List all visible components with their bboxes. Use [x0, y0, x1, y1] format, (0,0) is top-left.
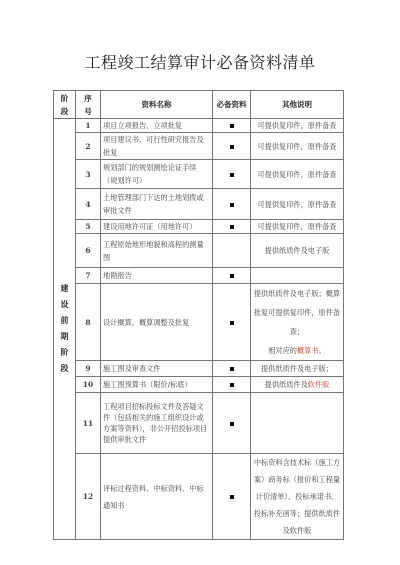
header-stage-char: 段 — [56, 105, 73, 118]
required-square-icon — [230, 203, 234, 207]
row-note: 可提供复印件，原件备查 — [251, 133, 344, 160]
table-row: 4 土地管理部门下达的土地划拨或审批文件 可提供复印件，原件备查 — [54, 189, 344, 220]
header-no-char: 序 — [78, 92, 98, 105]
table-row: 10 施工图预算书（限价/标底） 提供纸质件及软件版 — [54, 377, 344, 393]
required-square-icon — [230, 422, 234, 426]
header-stage: 阶 段 — [54, 91, 76, 119]
row-name: 施工图预算书（限价/标底） — [101, 377, 213, 393]
required-mark — [213, 133, 251, 160]
required-mark — [213, 361, 251, 377]
stage-char: 阶 — [56, 345, 73, 361]
row-note-text: 提供纸质件及电子版；概算批复可提供复印件，原件备查； — [254, 289, 340, 336]
row-name: 设计概算、概算调整及批复 — [101, 284, 213, 361]
row-note: 提供纸质件及电子版；概算批复可提供复印件，原件备查； 相对应的概算书。 — [251, 284, 344, 361]
required-square-icon — [230, 367, 234, 371]
table-row: 5 建设用地许可证（用地许可） 可提供复印件，原件备查 — [54, 220, 344, 234]
row-no: 11 — [76, 393, 101, 454]
stage-char: 建 — [56, 281, 73, 297]
header-no: 序 号 — [76, 91, 101, 119]
header-note: 其他说明 — [251, 91, 344, 119]
document-title: 工程竣工结算审计必备资料清单 — [0, 50, 400, 73]
required-square-icon — [230, 145, 234, 149]
materials-table: 阶 段 序 号 资料名称 必备资料 其他说明 建 设 前 期 阶 段 1 项目立… — [53, 90, 344, 540]
row-no: 1 — [76, 119, 101, 133]
stage-char: 前 — [56, 313, 73, 329]
required-mark — [213, 189, 251, 220]
row-note: 提供纸质件及软件版 — [251, 377, 344, 393]
row-name: 规划部门的规划测绘论证手续（规划许可） — [101, 160, 213, 189]
required-mark — [213, 377, 251, 393]
required-square-icon — [230, 225, 234, 229]
header-no-char: 号 — [78, 105, 98, 118]
row-note — [251, 393, 344, 454]
required-mark — [213, 119, 251, 133]
required-square-icon — [230, 124, 234, 128]
row-no: 12 — [76, 454, 101, 540]
required-square-icon — [230, 383, 234, 387]
row-note — [251, 268, 344, 284]
row-note: 中标资料含技术标（施工方案）商务标（报价和工程量计价清单）、投标承诺书、投标补充… — [251, 454, 344, 540]
row-note-highlight: 软件版 — [308, 380, 330, 389]
stage-char: 设 — [56, 297, 73, 313]
stage-char: 期 — [56, 329, 73, 345]
row-note-end: 。 — [319, 346, 326, 355]
table-row: 建 设 前 期 阶 段 1 项目立项报告、立项批复 可提供复印件，原件备查 — [54, 119, 344, 133]
header-required: 必备资料 — [213, 91, 251, 119]
required-mark — [213, 284, 251, 361]
required-mark — [213, 454, 251, 540]
row-name: 土地管理部门下达的土地划拨或审批文件 — [101, 189, 213, 220]
table-row: 9 施工图及审查文件 提供纸质件及电子版； — [54, 361, 344, 377]
row-no: 7 — [76, 268, 101, 284]
row-note: 可提供复印件，原件备查 — [251, 160, 344, 189]
table-row: 8 设计概算、概算调整及批复 提供纸质件及电子版；概算批复可提供复印件，原件备查… — [54, 284, 344, 361]
table-row: 3 规划部门的规划测绘论证手续（规划许可） 可提供复印件，原件备查 — [54, 160, 344, 189]
row-name: 地勘报告 — [101, 268, 213, 284]
row-no: 8 — [76, 284, 101, 361]
row-note: 可提供复印件，原件备查 — [251, 220, 344, 234]
row-note-text: 提供纸质件及 — [265, 380, 308, 389]
required-square-icon — [230, 274, 234, 278]
row-name: 工程项目招标投标文件及答疑文件（包括相关的施工组织设计或方案等资料），非公开招投… — [101, 393, 213, 454]
row-no: 2 — [76, 133, 101, 160]
stage-char: 段 — [56, 361, 73, 377]
row-note: 可提供复印件，原件备查 — [251, 189, 344, 220]
row-note: 提供纸质件及电子版 — [251, 234, 344, 268]
required-square-icon — [230, 173, 234, 177]
table-row: 11 工程项目招标投标文件及答疑文件（包括相关的施工组织设计或方案等资料），非公… — [54, 393, 344, 454]
row-no: 9 — [76, 361, 101, 377]
row-no: 10 — [76, 377, 101, 393]
required-mark — [213, 268, 251, 284]
row-name: 项目建议书、可行性研究报告及批复 — [101, 133, 213, 160]
row-name: 施工图及审查文件 — [101, 361, 213, 377]
table-row: 12 评标过程资料、中标资料、中标通知书 中标资料含技术标（施工方案）商务标（报… — [54, 454, 344, 540]
stage-cell: 建 设 前 期 阶 段 — [54, 119, 76, 540]
table-row: 2 项目建议书、可行性研究报告及批复 可提供复印件，原件备查 — [54, 133, 344, 160]
row-note-tail: 相对应的 — [268, 346, 297, 355]
row-note: 可提供复印件，原件备查 — [251, 119, 344, 133]
table-row: 6 工程原始地形地貌和高程的测量图 提供纸质件及电子版 — [54, 234, 344, 268]
required-square-icon — [230, 495, 234, 499]
row-note: 提供纸质件及电子版； — [251, 361, 344, 377]
table-row: 7 地勘报告 — [54, 268, 344, 284]
row-no: 3 — [76, 160, 101, 189]
row-name: 评标过程资料、中标资料、中标通知书 — [101, 454, 213, 540]
required-mark-empty — [213, 234, 251, 268]
required-square-icon — [230, 321, 234, 325]
row-no: 6 — [76, 234, 101, 268]
row-name: 项目立项报告、立项批复 — [101, 119, 213, 133]
required-mark — [213, 220, 251, 234]
row-name: 工程原始地形地貌和高程的测量图 — [101, 234, 213, 268]
row-no: 4 — [76, 189, 101, 220]
row-no: 5 — [76, 220, 101, 234]
header-stage-char: 阶 — [56, 92, 73, 105]
required-mark — [213, 160, 251, 189]
required-mark — [213, 393, 251, 454]
row-note-highlight: 概算书 — [297, 346, 319, 355]
header-name: 资料名称 — [101, 91, 213, 119]
row-name: 建设用地许可证（用地许可） — [101, 220, 213, 234]
